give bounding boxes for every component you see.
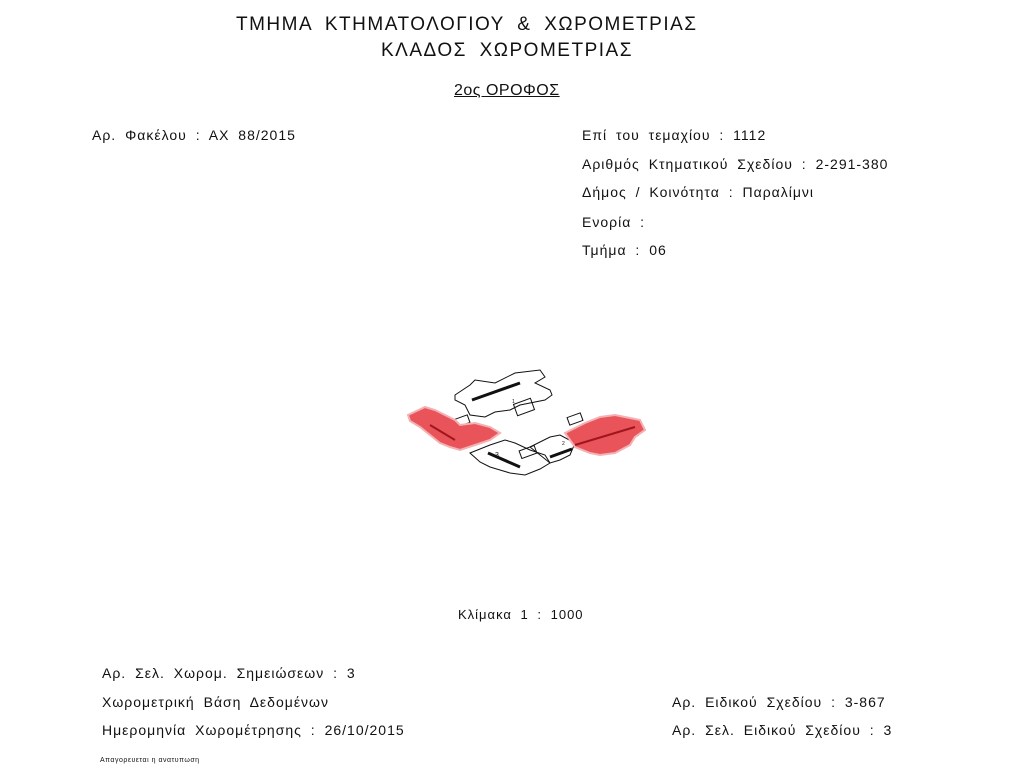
folder-number: Αρ. Φακέλου : ΑΧ 88/2015 bbox=[92, 127, 296, 143]
special-plan-value: 3-867 bbox=[845, 694, 886, 710]
municipality-row: Δήμος / Κοινότητα : Παραλίμνι bbox=[582, 184, 814, 200]
municipality-value: Παραλίμνι bbox=[742, 184, 814, 200]
floor-plan-drawing: 3 1 2 bbox=[400, 355, 650, 495]
survey-notes-label: Αρ. Σελ. Χωρομ. Σημειώσεων bbox=[102, 665, 324, 681]
svg-text:1: 1 bbox=[512, 399, 515, 405]
scale-label: Κλίμακα bbox=[458, 607, 512, 622]
special-plan-page-value: 3 bbox=[884, 722, 893, 738]
svg-text:3: 3 bbox=[495, 452, 499, 459]
parcel-label: Επί του τεμαχίου bbox=[582, 127, 711, 143]
reproduction-notice: Απαγορευεται η ανατυπωση bbox=[100, 757, 200, 764]
special-plan-label: Αρ. Ειδικού Σχεδίου bbox=[672, 694, 822, 710]
special-plan-page: Αρ. Σελ. Ειδικού Σχεδίου : 3 bbox=[672, 722, 892, 738]
floor-heading: 2ος ΟΡΟΦΟΣ bbox=[454, 82, 560, 100]
survey-notes-value: 3 bbox=[347, 665, 356, 681]
folder-label: Αρ. Φακέλου bbox=[92, 127, 187, 143]
cadastral-plan-row: Αριθμός Κτηματικού Σχεδίου : 2-291-380 bbox=[582, 156, 888, 172]
parcel-row: Επί του τεμαχίου : 1112 bbox=[582, 127, 766, 143]
special-plan-number: Αρ. Ειδικού Σχεδίου : 3-867 bbox=[672, 694, 886, 710]
parcel-value: 1112 bbox=[733, 127, 766, 143]
section-row: Τμήμα : 06 bbox=[582, 242, 667, 258]
survey-date: Ημερομηνία Χωρομέτρησης : 26/10/2015 bbox=[102, 722, 405, 738]
department-title: ΤΜΗΜΑ ΚΤΗΜΑΤΟΛΟΓΙΟΥ & ΧΩΡΟΜΕΤΡΙΑΣ bbox=[236, 14, 698, 36]
survey-date-value: 26/10/2015 bbox=[325, 722, 405, 738]
survey-database: Χωρομετρική Βάση Δεδομένων bbox=[102, 694, 329, 710]
parish-row: Ενορία : bbox=[582, 214, 645, 230]
highlighted-unit-left bbox=[408, 407, 500, 450]
section-value: 06 bbox=[649, 242, 667, 258]
special-plan-page-label: Αρ. Σελ. Ειδικού Σχεδίου bbox=[672, 722, 861, 738]
svg-text:2: 2 bbox=[562, 441, 565, 447]
branch-title: ΚΛΑΔΟΣ ΧΩΡΟΜΕΤΡΙΑΣ bbox=[381, 40, 633, 62]
cadastral-plan-value: 2-291-380 bbox=[816, 156, 889, 172]
parish-label: Ενορία bbox=[582, 214, 631, 230]
survey-date-label: Ημερομηνία Χωρομέτρησης bbox=[102, 722, 302, 738]
section-label: Τμήμα bbox=[582, 242, 627, 258]
municipality-label: Δήμος / Κοινότητα bbox=[582, 184, 720, 200]
folder-value: ΑΧ 88/2015 bbox=[209, 127, 296, 143]
scale-value: 1 : 1000 bbox=[521, 607, 584, 622]
cadastral-plan-label: Αριθμός Κτηματικού Σχεδίου bbox=[582, 156, 793, 172]
survey-notes-pages: Αρ. Σελ. Χωρομ. Σημειώσεων : 3 bbox=[102, 665, 356, 681]
scale: Κλίμακα 1 : 1000 bbox=[458, 607, 584, 622]
